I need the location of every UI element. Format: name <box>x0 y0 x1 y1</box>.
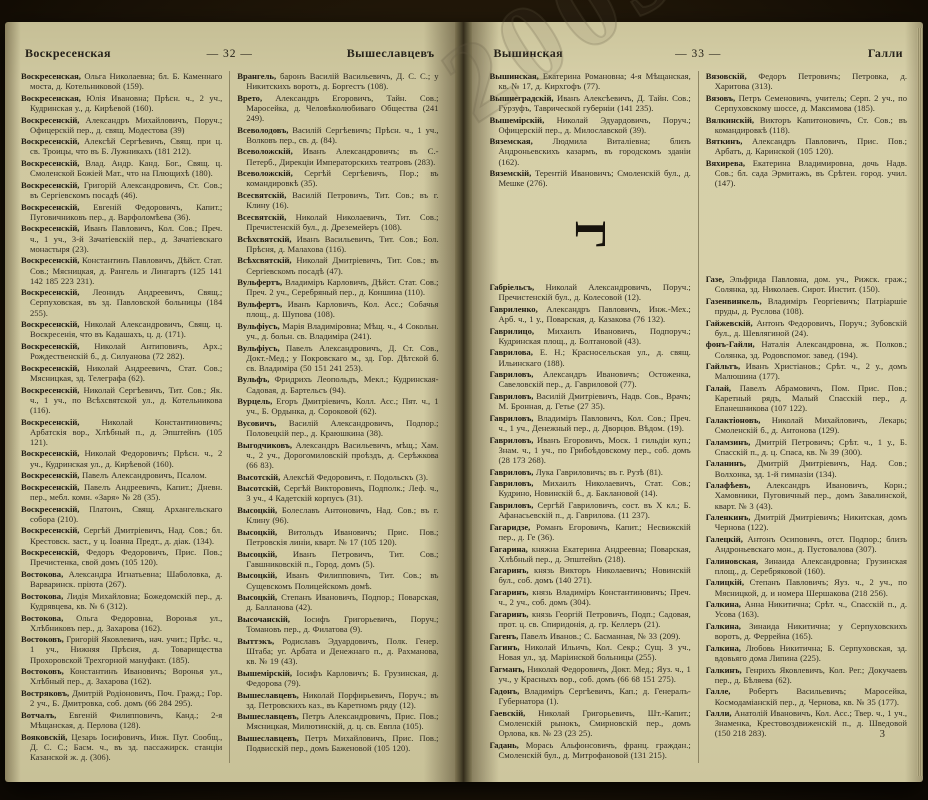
directory-entry: Высоцкій, Иванъ Филипповичъ, Тит. Сов.; … <box>237 570 438 590</box>
entry-surname: Вяткинъ, <box>706 136 743 146</box>
directory-entry: Гагаридзе, Романъ Егоровичъ, Капит.; Нес… <box>490 522 691 542</box>
entry-details: Павелъ Александровичъ, Псалом. <box>79 470 206 480</box>
directory-entry: Воскресенскій, Федоръ Федоровичъ, Прис. … <box>21 547 222 567</box>
open-book: Воскресенская — 32 — Вышеславцевъ Воскре… <box>5 22 923 782</box>
entry-surname: Вышнеградскій, <box>490 93 554 103</box>
entry-details: Александръ Егоровичъ, Тайн. Сов.; Маросе… <box>246 93 438 123</box>
directory-entry: Вульфертъ, Владиміръ Карловичъ, Дѣйст. С… <box>237 277 438 297</box>
directory-entry: Всѣхсвятскій, Николай Дмитріевичъ, Тит. … <box>237 255 438 275</box>
entry-surname: Гагаринъ, <box>490 609 529 619</box>
directory-entry: Воскресенскій, Николай Андреевичъ, Стат.… <box>21 363 222 383</box>
directory-entry: Воскресенскій, Иванъ Павловичъ, Кол. Сов… <box>21 223 222 253</box>
directory-entry: Вышинская, Екатерина Романовна; 4-я Мѣща… <box>490 71 691 91</box>
entry-surname: Галкина, <box>706 621 741 631</box>
entry-surname: Вульфъ, <box>237 374 269 384</box>
directory-entry: Гагенъ, Павелъ Иванов.; С. Басманная, № … <box>490 631 691 641</box>
directory-entry: Воскресенскій, Александръ Михайловичъ, П… <box>21 115 222 135</box>
page-right-header: Вышинская — 33 — Галли <box>494 46 904 61</box>
directory-entry: Вульфіусъ, Павелъ Александровичъ, Д. Ст.… <box>237 343 438 373</box>
entry-surname: Воскресенскій, <box>21 448 79 458</box>
entry-surname: Высоцкій, <box>237 570 277 580</box>
entry-surname: Гайльтъ, <box>706 361 740 371</box>
entry-surname: Высоцкій, <box>237 527 277 537</box>
entry-surname: Воскресенскій, <box>21 202 79 212</box>
entry-surname: Галиновская, <box>706 556 758 566</box>
entry-surname: Воскресенскій, <box>21 417 79 427</box>
column: Воскресенская, Ольга Николаевна; бл. Б. … <box>21 71 229 763</box>
directory-entry: Вяземская, Людмила Виталіевна; близъ Анд… <box>490 136 691 166</box>
page-right: Вышинская — 33 — Галли Вышинская, Екатер… <box>472 22 924 782</box>
entry-details: Робертъ Васильевичъ; Маросейка, Космодам… <box>715 686 907 706</box>
entry-surname: Гавриловъ, <box>490 467 534 477</box>
entry-surname: Галактіоновъ, <box>706 415 761 425</box>
entry-surname: Галицкій, <box>706 577 744 587</box>
directory-entry: Всеволодовъ, Василій Сергѣевичъ; Прѣсн. … <box>237 125 438 145</box>
entry-surname: Вяземская, <box>490 136 533 146</box>
directory-entry: Галенкинъ, Дмитрій Дмитріевичъ; Никитска… <box>706 512 907 532</box>
directory-entry: Воскресенскій, Евгеній Федоровичъ, Капит… <box>21 202 222 222</box>
entry-surname: Гайжевскій, <box>706 318 753 328</box>
directory-entry: Гадань, Морась Альфонсовичъ, франц. граж… <box>490 740 691 760</box>
directory-entry: Воскресенскій, Николай Сергѣевичъ, Тит. … <box>21 385 222 415</box>
directory-entry: Гавриловъ, Михаилъ Николаевичъ, Стат. Со… <box>490 478 691 498</box>
directory-entry: Газе, Эльфрида Павловна, дом. уч., Рижск… <box>706 274 907 294</box>
directory-entry: Гавриловъ, Сергѣй Гавриловичъ, сост. въ … <box>490 500 691 520</box>
entry-surname: Гагманъ, <box>490 664 525 674</box>
entry-surname: Вульфертъ, <box>237 299 282 309</box>
entry-details: Любовь Никитична; Б. Серпуховская, зд. в… <box>715 643 907 663</box>
directory-entry: Воскресенскій, Николай Александровичъ, С… <box>21 319 222 339</box>
entry-surname: Востоковъ, <box>21 666 64 676</box>
entry-surname: Вышеславцевъ, <box>237 711 299 721</box>
entry-surname: Габріельсъ, <box>490 282 535 292</box>
entry-surname: Гаврилицо, <box>490 326 535 336</box>
entry-details: Николай Ильичъ, Кол. Секр.; Сущ. 3 уч., … <box>499 642 691 662</box>
entry-surname: Всеволожскій, <box>237 168 292 178</box>
entry-surname: Всесвятскій, <box>237 212 286 222</box>
directory-entry: Гавриловъ, Иванъ Егоровичъ, Моск. 1 гиль… <box>490 435 691 465</box>
directory-entry: Вышнеградскій, Иванъ Алексѣевичъ, Д. Тай… <box>490 93 691 113</box>
directory-entry: Воскресенскій, Григорій Александровичъ, … <box>21 180 222 200</box>
entry-details: Владиміръ Сергѣевичъ, Кап.; д. Генералъ-… <box>499 686 691 706</box>
column: Вязовскій, Федоръ Петровичъ; Петровка, д… <box>698 71 907 763</box>
signature-mark: 3 <box>880 728 886 740</box>
running-head-right: Галли <box>767 46 904 61</box>
directory-entry: Галамзинъ, Дмитрій Петровичъ; Срѣт. ч., … <box>706 437 907 457</box>
entry-surname: Галли, <box>706 708 732 718</box>
entry-surname: Галкина, <box>706 643 741 653</box>
entry-surname: Вышемірскій, <box>237 668 292 678</box>
directory-entry: Гагаринъ, князь Георгій Петровичъ, Подп.… <box>490 609 691 629</box>
entry-surname: Галле, <box>706 686 731 696</box>
column-spacer <box>706 190 907 274</box>
entry-surname: Высоцкій, <box>237 592 277 602</box>
directory-entry: Вышемірскій, Іосифъ Карловичъ; Б. Грузин… <box>237 668 438 688</box>
entry-surname: Востоковъ, <box>21 634 64 644</box>
directory-entry: Гавриленко, Александръ Павловичъ, Инж.-М… <box>490 304 691 324</box>
entry-surname: Воскресенскій, <box>21 180 79 190</box>
directory-entry: Врангель, баронъ Василій Васильевичъ, Д.… <box>237 71 438 91</box>
entry-surname: Вульфертъ, <box>237 277 282 287</box>
directory-entry: Воскресенскій, Константинъ Павловичъ, Дѣ… <box>21 255 222 285</box>
entry-surname: Вяземскій, <box>490 168 532 178</box>
entry-surname: Газенвинкель, <box>706 296 762 306</box>
entry-surname: Высотскій, <box>237 483 280 493</box>
entry-surname: Вышемірскій, <box>490 115 545 125</box>
directory-entry: Востокова, Ольга Федоровна, Воронья ул.,… <box>21 613 222 633</box>
directory-entry: Галкина, Анна Никитична; Срѣт. ч., Спасс… <box>706 599 907 619</box>
directory-entry: Воскресенскій, Николай Константиновичъ; … <box>21 417 222 447</box>
entry-details: Петръ Семеновичъ, учитель; Серп. 2 уч., … <box>715 93 907 113</box>
entry-surname: Вояковскій, <box>21 732 67 742</box>
entry-surname: Воскресенскій, <box>21 115 79 125</box>
directory-entry: Газенвинкель, Владиміръ Георгіевичъ; Пат… <box>706 296 907 316</box>
entry-surname: Воскресенскій, <box>21 341 79 351</box>
directory-entry: Галай, Павелъ Абрамовичъ, Пом. Прис. Пов… <box>706 383 907 413</box>
directory-entry: Всеволожскій, Иванъ Александровичъ; въ С… <box>237 146 438 166</box>
directory-entry: Галле, Робертъ Васильевичъ; Маросейка, К… <box>706 686 907 706</box>
page-left-header: Воскресенская — 32 — Вышеславцевъ <box>25 46 435 61</box>
page-left-columns: Воскресенская, Ольга Николаевна; бл. Б. … <box>21 71 439 763</box>
directory-entry: Востоковъ, Константинъ Ивановичъ; Воронь… <box>21 666 222 686</box>
entry-surname: Воскресенскій, <box>21 158 79 168</box>
entry-surname: Воскресенскій, <box>21 470 79 480</box>
directory-entry: Востоковъ, Григорій Яковлевичъ, нач. учи… <box>21 634 222 664</box>
running-head-left: Воскресенская <box>25 46 162 61</box>
directory-entry: Воскресенская, Ольга Николаевна; бл. Б. … <box>21 71 222 91</box>
entry-surname: Всеволодовъ, <box>237 125 288 135</box>
directory-entry: Воскресенскій, Павелъ Андреевичъ, Капит.… <box>21 482 222 502</box>
directory-entry: Вурцель, Егоръ Дмитріевичъ, Колл. Асс.; … <box>237 396 438 416</box>
directory-entry: Востокова, Лидія Михайловна; Божедомскій… <box>21 591 222 611</box>
directory-entry: Вышеславцевъ, Петръ Михайловичъ, Прис. П… <box>237 733 438 753</box>
entry-surname: Вяхирева, <box>706 158 745 168</box>
entry-surname: Выгодчиковъ, <box>237 440 292 450</box>
directory-entry: Вульфіусъ, Марія Владиміровна; Мѣщ. ч., … <box>237 321 438 341</box>
directory-entry: Воскресенскій, Николай Федоровичъ; Прѣсн… <box>21 448 222 468</box>
directory-entry: Вояковскій, Цезарь Іосифовичъ, Инж. Пут.… <box>21 732 222 762</box>
entry-surname: Воскресенскій, <box>21 223 79 233</box>
directory-entry: Всеволожскій, Сергѣй Сергѣевичъ, Пор.; в… <box>237 168 438 188</box>
directory-entry: Врето, Александръ Егоровичъ, Тайн. Сов.;… <box>237 93 438 123</box>
directory-entry: Высотскій, Сергѣй Викторовичъ, Подполк.;… <box>237 483 438 503</box>
directory-entry: Гаврилова, Е. Н.; Красносельская ул., д.… <box>490 347 691 367</box>
directory-entry: Воскресенская, Юлія Ивановна; Прѣсн. ч.,… <box>21 93 222 113</box>
entry-details: Фридрихъ Леопольдъ, Мекл.; Кудринская-Са… <box>246 374 438 394</box>
directory-entry: Гавриловъ, Александръ Ивановичъ; Остожен… <box>490 369 691 389</box>
column: Врангель, баронъ Василій Васильевичъ, Д.… <box>229 71 438 763</box>
directory-entry: Востокова, Александра Игнатьевна; Шаболо… <box>21 569 222 589</box>
entry-surname: Гагаринъ, <box>490 565 529 575</box>
directory-entry: Всѣхсвятскій, Иванъ Васильевичъ, Тит. Со… <box>237 234 438 254</box>
directory-entry: Высотскій, Алексѣй Федоровичъ, г. Подоль… <box>237 472 438 482</box>
entry-surname: Галанинъ, <box>706 458 746 468</box>
directory-entry: Галафѣевъ, Александръ Ивановичъ, Корн.; … <box>706 480 907 510</box>
entry-surname: Вышеславцевъ, <box>237 733 299 743</box>
directory-entry: Вяткинъ, Александръ Павловичъ, Прис. Пов… <box>706 136 907 156</box>
entry-surname: Галамзинъ, <box>706 437 751 447</box>
entry-details: Александръ Павловичъ, Прис. Пов.; Арбатъ… <box>715 136 907 156</box>
directory-entry: Воскресенскій, Леонидъ Андреевичъ, Свящ.… <box>21 287 222 317</box>
entry-details: Эльфрида Павловна, дом. уч., Рижск. граж… <box>715 274 907 294</box>
directory-entry: Высоцкій, Иванъ Петровичъ, Тит. Сов.; Га… <box>237 549 438 569</box>
entry-surname: Высотскій, <box>237 472 280 482</box>
entry-surname: Вышеславцевъ, <box>237 690 299 700</box>
entry-surname: Всѣхсвятскій, <box>237 255 291 265</box>
entry-surname: Высочанскій, <box>237 614 290 624</box>
entry-surname: Востокова, <box>21 569 63 579</box>
directory-entry: Гайльтъ, Иванъ Христіанов.; Срѣт. ч., 2 … <box>706 361 907 381</box>
running-head-left: Вышинская <box>494 46 631 61</box>
entry-surname: Гагинъ, <box>490 642 520 652</box>
entry-details: Николай Григорьевичъ, Шт.-Капит.; Смолен… <box>499 708 691 738</box>
entry-details: Степанъ Павловичъ; Яуз. ч., 2 уч., по Мя… <box>715 577 907 597</box>
entry-details: Николай Федоровичъ, Докт. Мед.; Яуз. ч.,… <box>499 664 691 684</box>
entry-surname: Всѣхсвятскій, <box>237 234 291 244</box>
entry-details: Евгеній Филипповичъ, Канд.; 2-я Мѣщанска… <box>30 710 222 730</box>
directory-entry: Выгодчиковъ, Александръ Васильевичъ, мѣщ… <box>237 440 438 470</box>
entry-surname: Воскресенскій, <box>21 255 79 265</box>
entry-surname: Гагенъ, <box>490 631 519 641</box>
entry-surname: Вотчалъ, <box>21 710 56 720</box>
directory-entry: Галиновская, Зинаида Александровна; Груз… <box>706 556 907 576</box>
entry-surname: Воскресенскій, <box>21 547 79 557</box>
entry-surname: Галенкинъ, <box>706 512 751 522</box>
entry-surname: Гавриловъ, <box>490 369 534 379</box>
directory-entry: Гаевскій, Николай Григорьевичъ, Шт.-Капи… <box>490 708 691 738</box>
entry-surname: Вульфіусъ, <box>237 343 279 353</box>
entry-details: княжна Екатерина Андреевна; Поварская, Х… <box>499 544 691 564</box>
entry-details: Алексѣй Федоровичъ, г. Подольскъ (3). <box>280 472 428 482</box>
directory-entry: Галкина, Зинаида Никитична; у Серпуховск… <box>706 621 907 641</box>
entry-surname: Гавриловъ, <box>490 500 534 510</box>
entry-surname: Гагаринъ, <box>490 587 529 597</box>
entry-surname: Гавриловъ, <box>490 413 534 423</box>
running-head-right: Вышеславцевъ <box>298 46 435 61</box>
entry-surname: Воскресенскій, <box>21 363 79 373</box>
directory-entry: Галицкій, Степанъ Павловичъ; Яуз. ч., 2 … <box>706 577 907 597</box>
directory-entry: Гагинъ, Николай Ильичъ, Кол. Секр.; Сущ.… <box>490 642 691 662</box>
entry-surname: Воскресенскій, <box>21 136 79 146</box>
entry-surname: Воскресенскій, <box>21 385 79 395</box>
directory-entry: Галанинъ, Дмитрій Дмитріевичъ, Над. Сов.… <box>706 458 907 478</box>
entry-surname: Вурцель, <box>237 396 272 406</box>
entry-surname: Всеволожскій, <box>237 146 292 156</box>
directory-entry: Всесвятскій, Василій Петровичъ, Тит. Сов… <box>237 190 438 210</box>
directory-entry: Гавриловъ, Василій Дмитріевичъ, Надв. Со… <box>490 391 691 411</box>
entry-surname: Гавриловъ, <box>490 391 534 401</box>
directory-entry: Воскресенскій, Сергѣй Дмитріевичъ, Над. … <box>21 525 222 545</box>
directory-entry: Вышеславцевъ, Николай Порфирьевичъ, Пору… <box>237 690 438 710</box>
entry-surname: Галафѣевъ, <box>706 480 751 490</box>
entry-surname: Вязовскій, <box>706 71 747 81</box>
directory-entry: Вусовичъ, Василій Александровичъ, Подпор… <box>237 418 438 438</box>
directory-entry: Вульфъ, Фридрихъ Леопольдъ, Мекл.; Кудри… <box>237 374 438 394</box>
entry-surname: Востряковъ, <box>21 688 69 698</box>
entry-details: Генрихъ Яковлевичъ, Кол. Рег.; Докучаевъ… <box>715 665 907 685</box>
directory-entry: Галактіоновъ, Николай Михайловичъ, Лекар… <box>706 415 907 435</box>
book-gutter <box>455 22 472 782</box>
entry-surname: Гаевскій, <box>490 708 526 718</box>
directory-entry: Востряковъ, Дмитрій Родіоновичъ, Поч. Гр… <box>21 688 222 708</box>
directory-entry: Высоцкій, Степанъ Ивановичъ, Подпор.; По… <box>237 592 438 612</box>
section-letter: Г <box>570 219 610 249</box>
entry-surname: Воскресенскій, <box>21 525 79 535</box>
entry-surname: Вялкинскій, <box>706 115 754 125</box>
directory-entry: Вязовъ, Петръ Семеновичъ, учитель; Серп.… <box>706 93 907 113</box>
entry-surname: Вязовъ, <box>706 93 735 103</box>
entry-surname: Гадань, <box>490 740 519 750</box>
directory-entry: Вышеславцевъ, Петръ Александровичъ, Прис… <box>237 711 438 731</box>
entry-surname: Воскресенскій, <box>21 319 79 329</box>
entry-surname: Галецкій, <box>706 534 743 544</box>
page-number-left: — 32 — <box>162 48 299 60</box>
entry-surname: Востокова, <box>21 591 63 601</box>
entry-details: Егоръ Дмитріевичъ, Колл. Асс.; Пят. ч., … <box>246 396 438 416</box>
entry-surname: Высоцкій, <box>237 505 277 515</box>
directory-entry: Гайжевскій, Антонъ Федоровичъ, Поруч.; З… <box>706 318 907 338</box>
page-right-columns: Вышинская, Екатерина Романовна; 4-я Мѣща… <box>490 71 908 763</box>
directory-entry: Воскресенскій, Николай Антиповичъ, Арх.;… <box>21 341 222 361</box>
directory-entry: Гавриловъ, Лука Гавриловичъ; въ г. Рузѣ … <box>490 467 691 477</box>
entry-surname: Врето, <box>237 93 262 103</box>
directory-entry: фонъ-Гайли, Наталія Александровна, ж. По… <box>706 339 907 359</box>
entry-surname: Галкинъ, <box>706 665 742 675</box>
entry-details: Антонъ Осиповичъ, отст. Подпор.; близъ А… <box>715 534 907 554</box>
directory-entry: Галецкій, Антонъ Осиповичъ, отст. Подпор… <box>706 534 907 554</box>
directory-entry: Гагаринъ, князь Владиміръ Константинович… <box>490 587 691 607</box>
entry-surname: Воскресенскій, <box>21 287 79 297</box>
directory-entry: Гавриловъ, Владиміръ Павловичъ, Кол. Сов… <box>490 413 691 433</box>
entry-surname: Гаврилова, <box>490 347 533 357</box>
directory-entry: Высоцкій, Болеславъ Антоновичъ, Над. Сов… <box>237 505 438 525</box>
directory-entry: Гагаринъ, князь Викторъ Николаевичъ; Нов… <box>490 565 691 585</box>
entry-surname: фонъ-Гайли, <box>706 339 755 349</box>
entry-surname: Воскресенскій, <box>21 504 79 514</box>
directory-entry: Габріельсъ, Николай Александровичъ, Пору… <box>490 282 691 302</box>
directory-entry: Гагманъ, Николай Федоровичъ, Докт. Мед.;… <box>490 664 691 684</box>
entry-surname: Вышинская, <box>490 71 539 81</box>
entry-surname: Галкина, <box>706 599 741 609</box>
directory-entry: Гаврилицо, Михаилъ Ивановичъ, Подпоруч.;… <box>490 326 691 346</box>
entry-surname: Вульфіусъ, <box>237 321 279 331</box>
entry-surname: Востокова, <box>21 613 63 623</box>
entry-details: Анна Никитична; Срѣт. ч., Спасскій п., д… <box>715 599 907 619</box>
directory-entry: Гадонъ, Владиміръ Сергѣевичъ, Кап.; д. Г… <box>490 686 691 706</box>
entry-surname: Воскресенская, <box>21 93 81 103</box>
entry-surname: Гавриленко, <box>490 304 538 314</box>
directory-entry: Воскресенскій, Алексѣй Сергѣевичъ, Свящ.… <box>21 136 222 156</box>
directory-entry: Вялкинскій, Викторъ Капитоновичъ, Ст. Со… <box>706 115 907 135</box>
directory-entry: Галли, Анатолій Ивановичъ, Кол. Асс.; Тв… <box>706 708 907 738</box>
entry-details: Иванъ Христіанов.; Срѣт. ч., 2 у., домъ … <box>715 361 907 381</box>
entry-surname: Врангель, <box>237 71 276 81</box>
entry-details: Павелъ Абрамовичъ, Пом. Прис. Пов.; Каре… <box>715 383 907 413</box>
entry-surname: Гавриловъ, <box>490 435 534 445</box>
directory-entry: Воскресенскій, Павелъ Александровичъ, Пс… <box>21 470 222 480</box>
entry-details: Василій Александровичъ, Подпор.; Половец… <box>246 418 438 438</box>
entry-details: Павелъ Иванов.; С. Басманная, № 33 (209)… <box>518 631 680 641</box>
directory-entry: Высочанскій, Іосифъ Григорьевичъ, Поруч.… <box>237 614 438 634</box>
entry-details: Морась Альфонсовичъ, франц. граждан.; См… <box>499 740 691 760</box>
entry-surname: Выттэкъ, <box>237 636 274 646</box>
entry-surname: Вусовичъ, <box>237 418 276 428</box>
directory-entry: Вяземскій, Терентій Ивановичъ; Смоленскі… <box>490 168 691 188</box>
column: Вышинская, Екатерина Романовна; 4-я Мѣща… <box>490 71 698 763</box>
directory-entry: Воскресенскій, Платонъ, Свящ. Архангельс… <box>21 504 222 524</box>
page-left: Воскресенская — 32 — Вышеславцевъ Воскре… <box>5 22 455 782</box>
directory-entry: Высоцкій, Витольдъ Ивановичъ; Прис. Пов.… <box>237 527 438 547</box>
directory-entry: Галкина, Любовь Никитична; Б. Серпуховск… <box>706 643 907 663</box>
entry-surname: Гагарина, <box>490 544 528 554</box>
directory-entry: Гагарина, княжна Екатерина Андреевна; По… <box>490 544 691 564</box>
entry-details: Зинаида Никитична; у Серпуховскихъ ворот… <box>715 621 907 641</box>
directory-entry: Вязовскій, Федоръ Петровичъ; Петровка, д… <box>706 71 907 91</box>
directory-entry: Вышемірскій, Николай Эдуардовичъ, Поруч.… <box>490 115 691 135</box>
entry-details: Родиславъ Эдуардовичъ, Полк. Генер. Штаб… <box>246 636 438 666</box>
entry-surname: Гавриловъ, <box>490 478 534 488</box>
entry-details: Лука Гавриловичъ; въ г. Рузѣ (81). <box>533 467 663 477</box>
entry-surname: Галай, <box>706 383 731 393</box>
entry-details: баронъ Василій Васильевичъ, Д. С. С.; у … <box>246 71 438 91</box>
directory-entry: Вульфертъ, Иванъ Карловичъ, Кол. Асс.; С… <box>237 299 438 319</box>
directory-entry: Воскресенскій, Влад. Андр. Канд. Бог., С… <box>21 158 222 178</box>
directory-entry: Выттэкъ, Родиславъ Эдуардовичъ, Полк. Ге… <box>237 636 438 666</box>
entry-surname: Газе, <box>706 274 724 284</box>
entry-surname: Гагаридзе, <box>490 522 531 532</box>
entry-surname: Воскресенская, <box>21 71 81 81</box>
entry-surname: Всесвятскій, <box>237 190 286 200</box>
book-photo: 2009 Воскресенская — 32 — Вышеславцевъ В… <box>0 0 928 800</box>
directory-entry: Галкинъ, Генрихъ Яковлевичъ, Кол. Рег.; … <box>706 665 907 685</box>
entry-surname: Гадонъ, <box>490 686 520 696</box>
directory-entry: Вотчалъ, Евгеній Филипповичъ, Канд.; 2-я… <box>21 710 222 730</box>
entry-surname: Высоцкій, <box>237 549 277 559</box>
page-number-right: — 33 — <box>630 48 767 60</box>
entry-surname: Воскресенскій, <box>21 482 79 492</box>
directory-entry: Всесвятскій, Николай Николаевичъ, Тит. С… <box>237 212 438 232</box>
entry-details: Анатолій Ивановичъ, Кол. Асс.; Твер. ч.,… <box>715 708 907 738</box>
directory-entry: Вяхирева, Екатерина Владимировна, дочь Н… <box>706 158 907 188</box>
